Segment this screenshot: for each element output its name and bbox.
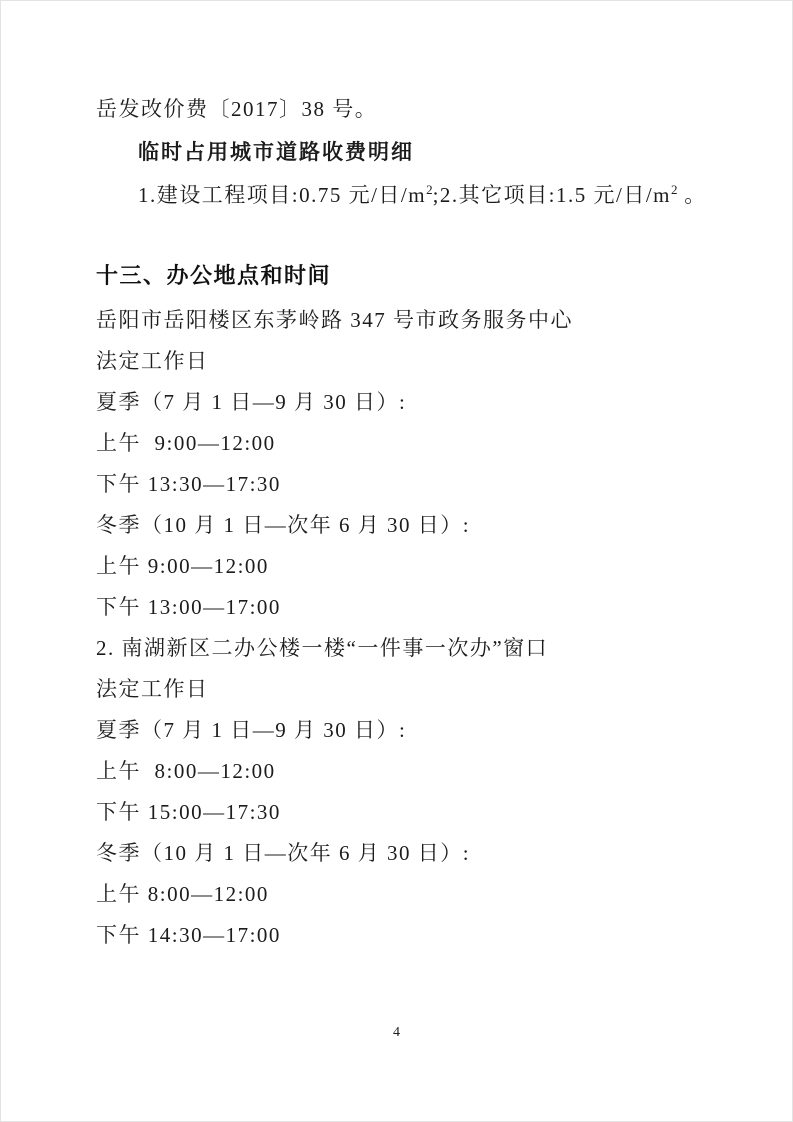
afternoon-hours-line: 下午 15:00—17:30 (96, 792, 722, 833)
fee-detail-part2: ;2.其它项目:1.5 元/日/m (433, 183, 671, 207)
fee-schedule-title: 临时占用城市道路收费明细 (96, 132, 722, 173)
doc-number-line: 岳发改价费〔2017〕38 号。 (96, 89, 722, 130)
summer-period-line: 夏季（7 月 1 日—9 月 30 日）: (96, 710, 722, 751)
workday-line: 法定工作日 (96, 669, 722, 710)
afternoon-hours-line: 下午 14:30—17:00 (96, 915, 722, 956)
document-page: 岳发改价费〔2017〕38 号。 临时占用城市道路收费明细 1.建设工程项目:0… (0, 0, 793, 1122)
office-address-line-2: 2. 南湖新区二办公楼一楼“一件事一次办”窗口 (96, 628, 722, 669)
page-number: 4 (1, 1025, 792, 1041)
morning-hours-line: 上午 8:00—12:00 (96, 874, 722, 915)
fee-detail-part1: 1.建设工程项目:0.75 元/日/m (138, 183, 426, 207)
fee-detail-line: 1.建设工程项目:0.75 元/日/m2;2.其它项目:1.5 元/日/m2 。 (96, 175, 722, 216)
winter-period-line: 冬季（10 月 1 日—次年 6 月 30 日）: (96, 505, 722, 546)
afternoon-hours-line: 下午 13:00—17:00 (96, 587, 722, 628)
fee-detail-part3: 。 (678, 183, 707, 207)
afternoon-hours-line: 下午 13:30—17:30 (96, 464, 722, 505)
workday-line: 法定工作日 (96, 341, 722, 382)
office-address-line: 岳阳市岳阳楼区东茅岭路 347 号市政务服务中心 (96, 300, 722, 341)
winter-period-line: 冬季（10 月 1 日—次年 6 月 30 日）: (96, 833, 722, 874)
morning-hours-line: 上午 9:00—12:00 (96, 546, 722, 587)
morning-hours-line: 上午 9:00—12:00 (96, 423, 722, 464)
section-13-heading: 十三、办公地点和时间 (96, 254, 722, 298)
morning-hours-line: 上午 8:00—12:00 (96, 751, 722, 792)
summer-period-line: 夏季（7 月 1 日—9 月 30 日）: (96, 382, 722, 423)
